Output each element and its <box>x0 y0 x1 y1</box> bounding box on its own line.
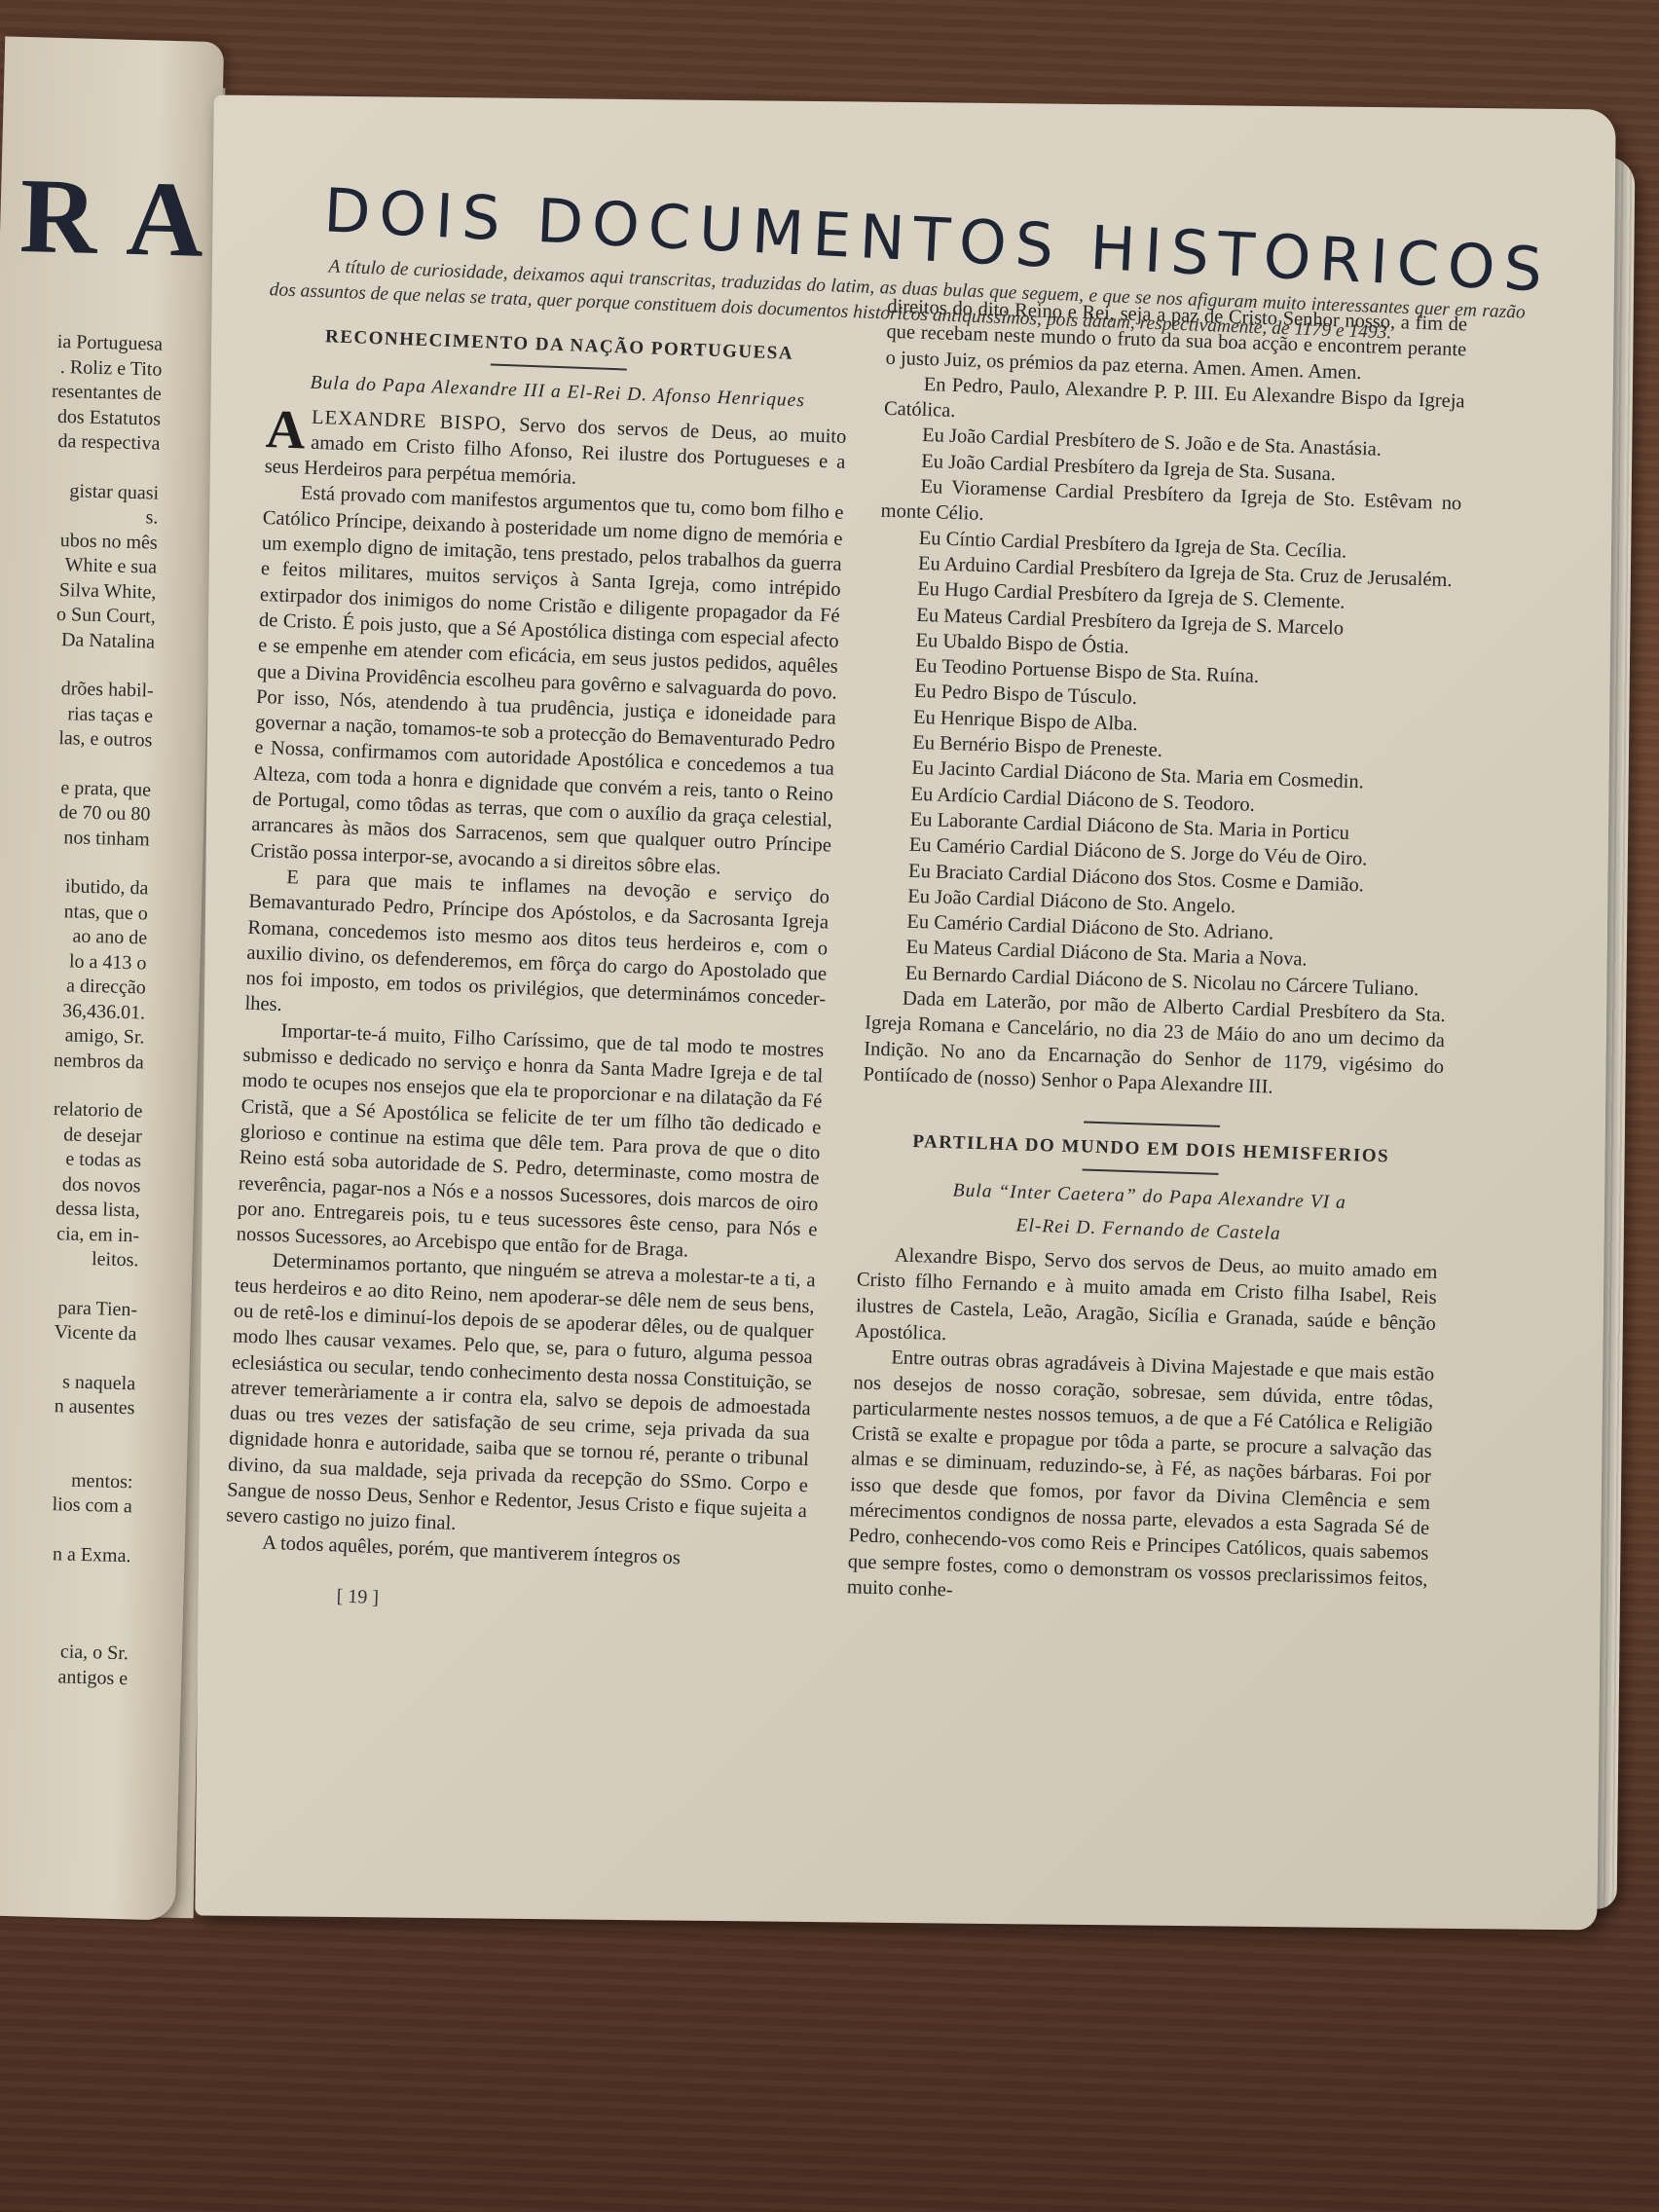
left-gap <box>0 1516 131 1544</box>
left-line: nos tinham <box>3 824 150 852</box>
heading-rule <box>491 364 627 371</box>
left-gap <box>3 849 150 877</box>
left-page-text: ia Portuguesa . Roliz e Tito resentantes… <box>0 329 163 1691</box>
left-line: gistar quasi <box>13 477 160 505</box>
left-line: mentos: <box>0 1466 133 1494</box>
heading-rule <box>1084 1122 1220 1127</box>
left-line: e prata, que <box>5 774 152 802</box>
column-left: RECONHECIMENTO DA NAÇÃO PORTUGUESA Bula … <box>223 316 850 1626</box>
left-line: amigo, Sr. <box>0 1022 145 1051</box>
left-page-heading-fragment: RA <box>18 154 224 283</box>
left-line: . Roliz e Tito <box>16 353 163 382</box>
left-line: 36,436.01. <box>0 997 145 1025</box>
left-gap <box>0 1442 133 1470</box>
left-line: da respectiva <box>14 428 161 457</box>
left-line: o Sun Court, <box>9 602 156 630</box>
left-line: cia, em in- <box>0 1220 139 1248</box>
left-gap <box>13 453 160 481</box>
left-line: dos Estatutos <box>15 403 162 431</box>
left-line: White e sua <box>11 552 158 580</box>
left-line: n ausentes <box>0 1392 135 1420</box>
left-gap <box>0 1613 129 1641</box>
body-paragraph: Entre outras obras agradáveis à Divina M… <box>847 1345 1435 1619</box>
column-right: direitos do dito Reino e Rei, seja a paz… <box>846 294 1467 1630</box>
left-line: antigos e <box>0 1663 129 1691</box>
left-line: dos novos <box>0 1170 141 1198</box>
drop-cap: A <box>265 407 306 453</box>
left-line: Da Natalina <box>9 626 156 654</box>
closing-paragraph: Dada em Laterão, por mão de Alberto Card… <box>863 984 1446 1105</box>
left-line: de 70 ou 80 <box>4 799 151 828</box>
left-line: rias taças e <box>7 700 154 728</box>
body-paragraph: Determinamos portanto, que ninguém se at… <box>226 1247 816 1550</box>
left-line: ntas, que o <box>1 898 148 926</box>
section2-heading: PARTILHA DO MUNDO EM DOIS HEMISFERIOS <box>861 1128 1442 1172</box>
opening-caps: LEXANDRE BISPO, <box>312 406 508 434</box>
left-line: drões habil- <box>7 676 154 704</box>
right-page: DOIS DOCUMENTOS HISTORICOS A título de c… <box>195 95 1616 1931</box>
body-paragraph: Alexandre Bispo, Servo dos servos de Deu… <box>855 1241 1438 1362</box>
left-line: leitos. <box>0 1244 139 1272</box>
left-line: nembros da <box>0 1047 144 1075</box>
left-gap <box>0 1418 134 1446</box>
left-line: para Tien- <box>0 1294 137 1322</box>
left-line: resentantes de <box>15 379 162 407</box>
left-line: ibutido, da <box>2 873 149 902</box>
left-gap <box>5 750 152 778</box>
left-line: e todas as <box>0 1146 141 1174</box>
left-gap <box>0 1344 136 1372</box>
left-line: Silva White, <box>10 576 157 605</box>
left-line: cia, o Sr. <box>0 1638 129 1666</box>
page-content: DOIS DOCUMENTOS HISTORICOS A título de c… <box>257 173 1567 1619</box>
left-line: las, e outros <box>6 725 153 754</box>
heading-rule <box>1083 1168 1219 1174</box>
left-gap <box>0 1270 138 1298</box>
left-line: Vicente da <box>0 1318 137 1346</box>
left-line: a direcção <box>0 973 146 1001</box>
left-line: ia Portuguesa <box>17 329 164 357</box>
left-gap <box>8 651 155 680</box>
section1-heading: RECONHECIMENTO DA NAÇÃO PORTUGUESA <box>269 322 850 369</box>
left-line: n a Exma. <box>0 1540 131 1568</box>
left-line: ao ano de <box>1 923 148 951</box>
two-column-body: RECONHECIMENTO DA NAÇÃO PORTUGUESA Bula … <box>257 316 1566 1619</box>
left-line: ubos no mês <box>11 527 158 555</box>
left-line: s. <box>12 502 159 531</box>
left-gap <box>0 1072 143 1100</box>
left-line: lios com a <box>0 1491 132 1519</box>
left-line: s naquela <box>0 1368 135 1396</box>
left-line: de desejar <box>0 1121 142 1149</box>
left-line: relatorio de <box>0 1096 143 1124</box>
left-line: dessa lista, <box>0 1196 140 1224</box>
body-paragraph: E para que mais te inflames na devoção e… <box>244 864 829 1039</box>
left-line: lo a 413 o <box>0 947 147 976</box>
body-paragraph: Está provado com manifestos argumentos q… <box>250 479 844 884</box>
body-paragraph: Importar-te-á muito, Filho Caríssimo, qu… <box>236 1016 824 1268</box>
